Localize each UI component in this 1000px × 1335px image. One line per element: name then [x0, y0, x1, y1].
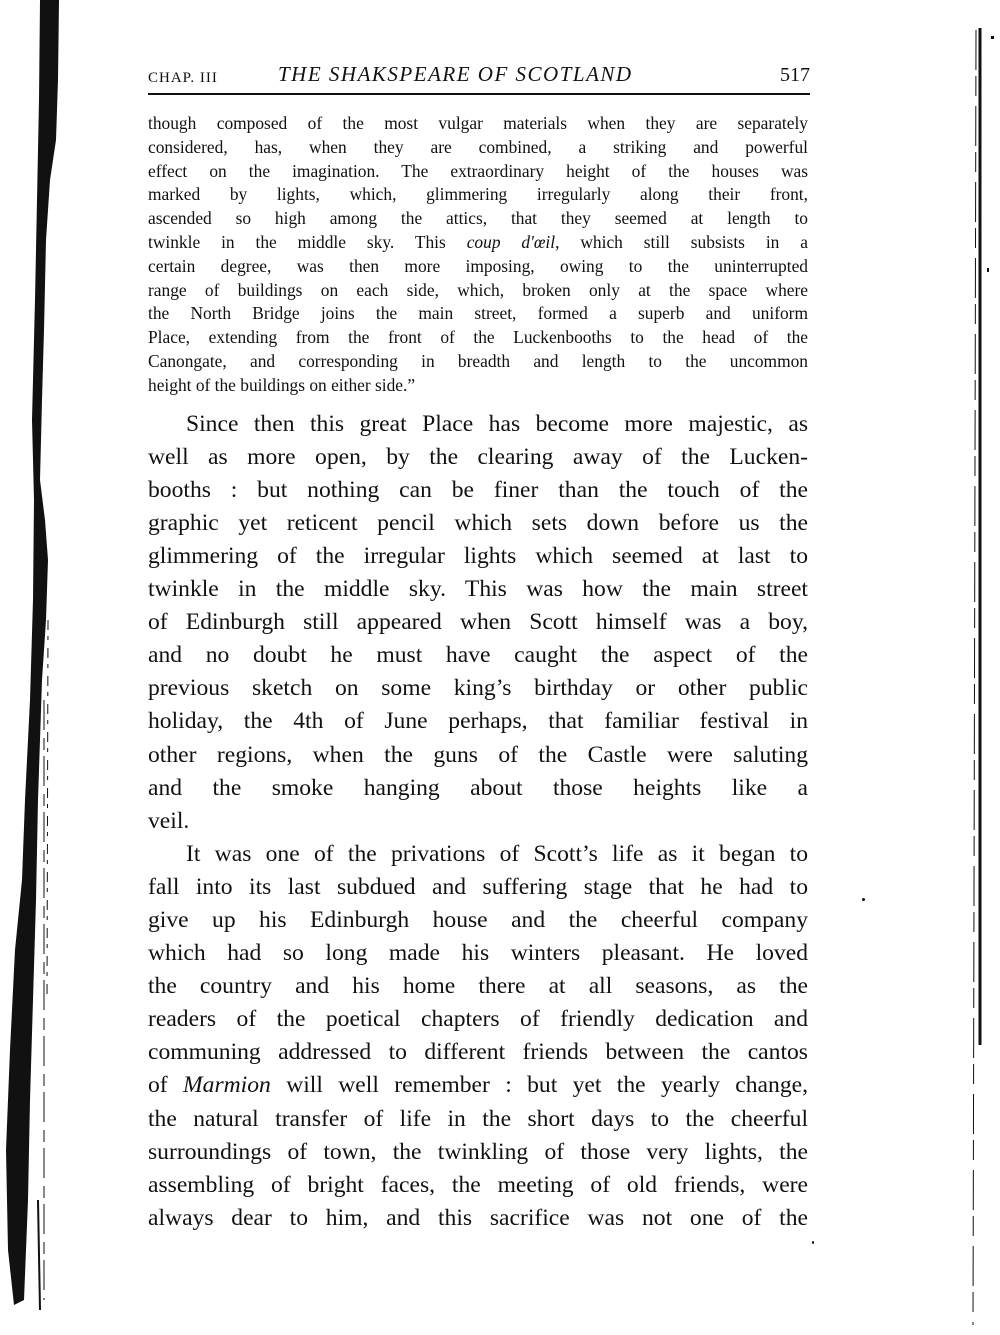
binding-shadow	[0, 0, 70, 1335]
quote-line: the North Bridge joins the main street, …	[148, 302, 808, 326]
chapter-label: CHAP. III	[148, 70, 218, 87]
text-line: previous sketch on some king’s birthday …	[148, 672, 808, 705]
book-title: THE SHAKSPEARE OF SCOTLAND	[278, 62, 633, 87]
scan-speck	[862, 898, 865, 901]
quote-line: height of the buildings on either side.”	[148, 374, 808, 398]
text-line: which had so long made his winters pleas…	[148, 937, 808, 970]
text-line: well as more open, by the clearing away …	[148, 441, 808, 474]
text-line: surroundings of town, the twinkling of t…	[148, 1136, 808, 1169]
text-line: give up his Edinburgh house and the chee…	[148, 904, 808, 937]
quote-line: marked by lights, which, glimmering irre…	[148, 183, 808, 207]
paragraph: Since then this great Place has become m…	[148, 408, 808, 838]
text-line: and no doubt he must have caught the asp…	[148, 639, 808, 672]
text-line-fragment: of	[148, 1072, 183, 1098]
text-line: other regions, when the guns of the Cast…	[148, 739, 808, 772]
text-line: readers of the poetical chapters of frie…	[148, 1003, 808, 1036]
italic-phrase: coup d'œil	[467, 232, 555, 252]
text-line: communing addressed to different friends…	[148, 1036, 808, 1069]
quote-line: though composed of the most vulgar mater…	[148, 112, 808, 136]
text-line: graphic yet reticent pencil which sets d…	[148, 507, 808, 540]
quote-line-text: twinkle in the middle sky. This	[148, 232, 467, 252]
text-line: Since then this great Place has become m…	[148, 408, 808, 441]
italic-title: Marmion	[183, 1072, 271, 1098]
quote-line: ascended so high among the attics, that …	[148, 207, 808, 231]
running-head: CHAP. III THE SHAKSPEARE OF SCOTLAND 517	[148, 55, 810, 95]
text-line: fall into its last subdued and suffering…	[148, 871, 808, 904]
text-line-fragment: will well remember : but yet the yearly …	[271, 1072, 808, 1098]
quoted-passage: though composed of the most vulgar mater…	[148, 112, 808, 398]
text-line: always dear to him, and this sacrifice w…	[148, 1202, 808, 1235]
text-line: glimmering of the irregular lights which…	[148, 540, 808, 573]
page-number: 517	[780, 64, 810, 87]
quote-line: twinkle in the middle sky. This coup d'œ…	[148, 231, 808, 255]
scan-speck	[812, 1241, 814, 1244]
text-line: booths : but nothing can be finer than t…	[148, 474, 808, 507]
page-edge	[940, 0, 1000, 1335]
quote-line: considered, has, when they are combined,…	[148, 136, 808, 160]
quote-line: range of buildings on each side, which, …	[148, 279, 808, 303]
text-line: the natural transfer of life in the shor…	[148, 1103, 808, 1136]
text-line: of Edinburgh still appeared when Scott h…	[148, 606, 808, 639]
book-page: CHAP. III THE SHAKSPEARE OF SCOTLAND 517…	[148, 55, 808, 1235]
text-line: twinkle in the middle sky. This was how …	[148, 573, 808, 606]
text-line: holiday, the 4th of June perhaps, that f…	[148, 705, 808, 738]
quote-line-text: , which still subsists in a	[555, 232, 808, 252]
quote-line: certain degree, was then more imposing, …	[148, 255, 808, 279]
quote-line: effect on the imagination. The extraordi…	[148, 160, 808, 184]
quote-line: Place, extending from the front of the L…	[148, 326, 808, 350]
text-line: assembling of bright faces, the meeting …	[148, 1169, 808, 1202]
paragraph: It was one of the privations of Scott’s …	[148, 838, 808, 1235]
text-line: the country and his home there at all se…	[148, 970, 808, 1003]
text-line: of Marmion will well remember : but yet …	[148, 1069, 808, 1102]
text-line: It was one of the privations of Scott’s …	[148, 838, 808, 871]
text-line: veil.	[148, 805, 808, 838]
text-line: and the smoke hanging about those height…	[148, 772, 808, 805]
quote-line: Canongate, and corresponding in breadth …	[148, 350, 808, 374]
